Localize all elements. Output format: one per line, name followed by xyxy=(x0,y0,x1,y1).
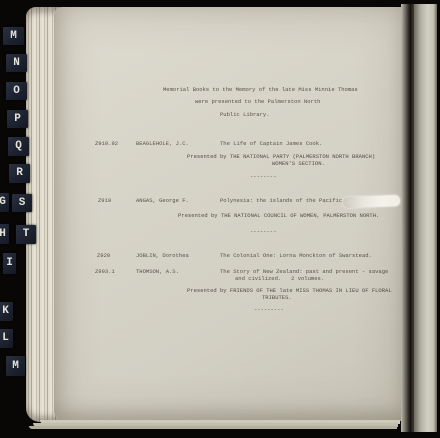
tab-letter: P xyxy=(14,114,21,125)
tab-letter: G xyxy=(0,197,6,208)
entry-call-number: Z919 xyxy=(98,198,111,204)
index-tab-n: N xyxy=(6,54,27,72)
tab-letter: T xyxy=(23,229,30,240)
entry-author: JOBLIN, Dorothea xyxy=(136,253,189,259)
tab-letter: Q xyxy=(15,141,22,152)
separator-dashes: -------- xyxy=(250,174,276,180)
presented-by-line: WOMEN'S SECTION. xyxy=(272,161,325,167)
index-tab-p: P xyxy=(7,110,28,128)
tab-letter: M xyxy=(12,361,19,372)
entry-author: BEAGLEHOLE, J.C. xyxy=(136,141,189,147)
separator-dashes: -------- xyxy=(250,229,276,235)
presented-by-line: Presented by THE NATIONAL COUNCIL OF WOM… xyxy=(178,213,379,219)
entry-title: The Colonial One: Lorna Monckton of Swar… xyxy=(220,253,372,259)
entry-author: ANGAS, George F. xyxy=(136,198,189,204)
index-tab-s: S xyxy=(12,194,32,212)
tab-letter: N xyxy=(13,58,20,69)
tab-letter: I xyxy=(6,258,13,269)
tab-letter: R xyxy=(16,168,23,179)
right-page-sliver xyxy=(414,4,437,432)
tab-letter: L xyxy=(2,333,9,344)
open-book-photo: G H I K L M M N O P Q R S T Memorial Boo… xyxy=(0,0,440,438)
index-tab-i: I xyxy=(3,253,16,274)
tab-letter: K xyxy=(2,306,9,317)
header-line-2: were presented to the Palmerston North xyxy=(195,99,320,105)
index-tab-o: O xyxy=(6,82,27,100)
tab-letter: H xyxy=(0,229,6,240)
index-tab-g: G xyxy=(0,193,9,212)
index-tab-q: Q xyxy=(8,137,29,156)
book-gutter xyxy=(401,4,414,432)
entry-title: The Life of Captain James Cook. xyxy=(220,141,322,147)
page-edge-bottom xyxy=(29,426,397,429)
index-tab-m: M xyxy=(3,27,24,45)
index-tab-t: T xyxy=(16,225,36,244)
tab-letter: M xyxy=(10,31,17,42)
index-tab-k: K xyxy=(0,302,13,321)
presented-by-line: TRIBUTES. xyxy=(262,295,292,301)
entry-call-number: Z910.92 xyxy=(95,141,118,147)
entry-title: Polynesia: the islands of the Pacific. xyxy=(220,198,345,204)
entry-author: THOMSON, A.S. xyxy=(136,269,179,275)
index-tab-l: L xyxy=(0,329,13,348)
index-tab-h: H xyxy=(0,224,9,244)
index-tab-r: R xyxy=(9,164,30,183)
tab-letter: S xyxy=(19,198,26,209)
entry-title-continued: and civilized. 2 volumes. xyxy=(235,276,324,282)
tab-letter: O xyxy=(13,86,20,97)
entry-call-number: Z993.1 xyxy=(95,269,115,275)
index-tab-m-lower: M xyxy=(6,356,25,376)
header-line-1: Memorial Books to the Memory of the late… xyxy=(163,87,358,93)
header-line-3: Public Library. xyxy=(220,112,270,118)
entry-call-number: Z920 xyxy=(97,253,110,259)
separator-dashes: --------- xyxy=(254,307,284,313)
correction-whiteout xyxy=(343,195,400,208)
